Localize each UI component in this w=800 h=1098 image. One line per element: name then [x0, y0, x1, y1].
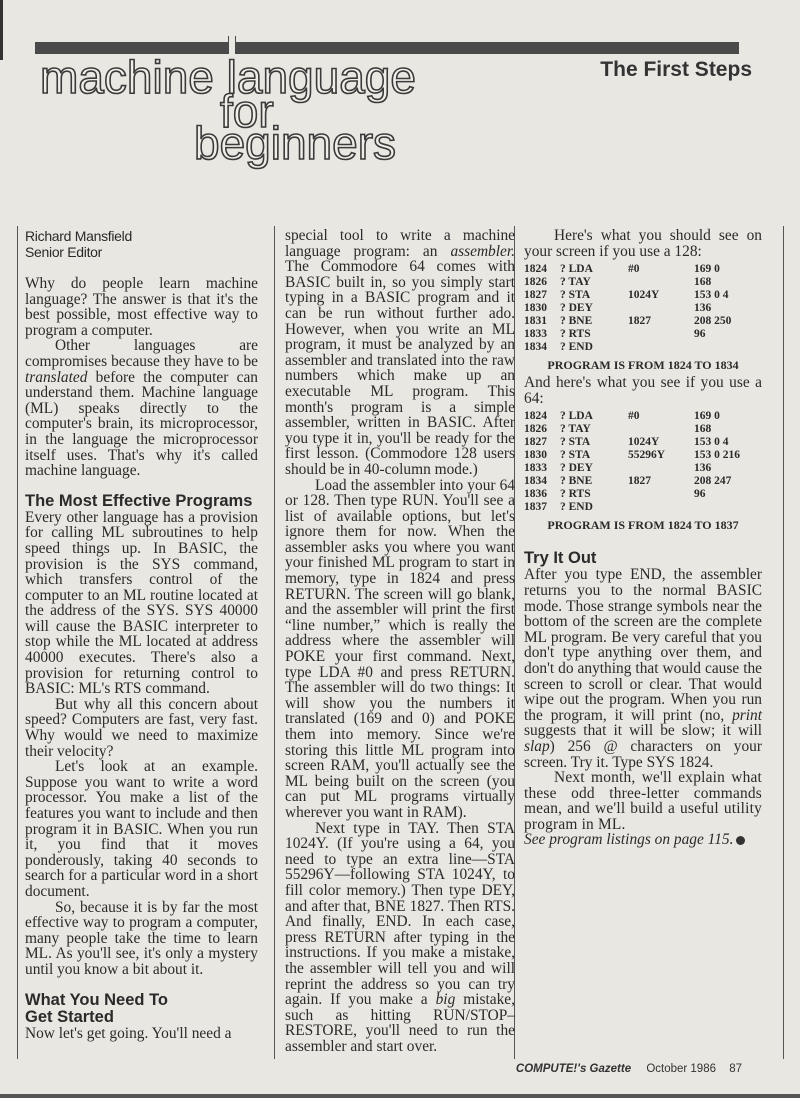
listing-bytes: 136 — [694, 462, 762, 475]
subheading: Try It Out — [524, 550, 762, 567]
listing-row: 1826? TAY168 — [524, 423, 762, 436]
listing-bytes — [694, 501, 762, 514]
paragraph: special tool to write a machine language… — [285, 228, 515, 478]
listing-addr: 1830 — [524, 302, 560, 315]
listing-row: 1836? RTS96 — [524, 488, 762, 501]
article-logo: machine language for beginners — [40, 50, 440, 160]
listing-addr: 1824 — [524, 263, 560, 276]
listing-addr: 1830 — [524, 449, 560, 462]
listing-row: 1833? DEY136 — [524, 462, 762, 475]
listing-arg: 1827 — [628, 315, 694, 328]
paragraph: So, because it is by far the most effect… — [25, 900, 258, 978]
listing-op: ? TAY — [560, 423, 628, 436]
column-rule — [17, 226, 18, 1059]
listing-row: 1827? STA1024Y153 0 4 — [524, 289, 762, 302]
listing-op: ? STA — [560, 436, 628, 449]
paragraph: Load the assembler into your 64 or 128. … — [285, 478, 515, 821]
listing-arg — [628, 501, 694, 514]
listing-row: 1826? TAY168 — [524, 276, 762, 289]
listing-arg: #0 — [628, 410, 694, 423]
paragraph: Why do people learn machine language? Th… — [25, 276, 258, 338]
listing-addr: 1827 — [524, 289, 560, 302]
listing-row: 1834? END — [524, 341, 762, 354]
listing-row: 1827? STA1024Y153 0 4 — [524, 436, 762, 449]
listing-row: 1830? DEY136 — [524, 302, 762, 315]
listing-addr: 1826 — [524, 276, 560, 289]
listing-row: 1833? RTS96 — [524, 328, 762, 341]
listing-arg: 1827 — [628, 475, 694, 488]
column-rule — [274, 226, 275, 1059]
paragraph: After you type END, the assembler return… — [524, 567, 762, 770]
subheading: The Most Effective Programs — [25, 493, 258, 510]
listing-bytes: 208 247 — [694, 475, 762, 488]
author-role: Senior Editor — [25, 244, 102, 260]
listing-arg — [628, 328, 694, 341]
listing-summary: PROGRAM IS FROM 1824 TO 1837 — [524, 518, 762, 532]
listing-addr: 1833 — [524, 328, 560, 341]
column-1: Richard Mansfield Senior Editor Why do p… — [25, 228, 258, 1041]
listing-op: ? END — [560, 501, 628, 514]
paragraph: Here's what you should see on your scree… — [524, 228, 762, 259]
listing-bytes: 136 — [694, 302, 762, 315]
section-title: The First Steps — [600, 58, 752, 82]
listing-bytes: 169 0 — [694, 410, 762, 423]
listing-row: 1824? LDA#0169 0 — [524, 263, 762, 276]
paragraph: Other languages are compromises because … — [25, 338, 258, 478]
listing-row: 1834? BNE1827208 247 — [524, 475, 762, 488]
logo-line-3: beginners — [194, 120, 396, 166]
listing-bytes: 169 0 — [694, 263, 762, 276]
column-rule — [783, 226, 784, 1059]
listing-addr: 1827 — [524, 436, 560, 449]
paragraph: Next type in TAY. Then STA 1024Y. (If yo… — [285, 821, 515, 1055]
listing-row: 1831? BNE1827208 250 — [524, 315, 762, 328]
listing-arg — [628, 423, 694, 436]
listing-row: 1837? END — [524, 501, 762, 514]
page-edge — [0, 0, 3, 60]
listing-arg: 1024Y — [628, 289, 694, 302]
program-listing-128: 1824? LDA#0169 01826? TAY1681827? STA102… — [524, 263, 762, 354]
listing-arg: 55296Y — [628, 449, 694, 462]
listing-bytes: 208 250 — [694, 315, 762, 328]
listing-arg — [628, 462, 694, 475]
listing-row: 1824? LDA#0169 0 — [524, 410, 762, 423]
listing-addr: 1836 — [524, 488, 560, 501]
listing-op: ? RTS — [560, 488, 628, 501]
listing-op: ? LDA — [560, 263, 628, 276]
listing-op: ? STA — [560, 449, 628, 462]
paragraph: Now let's get going. You'll need a — [25, 1026, 258, 1042]
listing-op: ? DEY — [560, 302, 628, 315]
listing-bytes: 96 — [694, 328, 762, 341]
column-3: Here's what you should see on your scree… — [524, 228, 762, 848]
page-number: 87 — [729, 1063, 742, 1075]
magazine-name: COMPUTE!'s Gazette — [516, 1063, 631, 1075]
paragraph: Every other language has a provision for… — [25, 510, 258, 697]
listing-op: ? BNE — [560, 315, 628, 328]
listing-addr: 1824 — [524, 410, 560, 423]
page-edge — [0, 1094, 800, 1098]
listing-arg: 1024Y — [628, 436, 694, 449]
author-name: Richard Mansfield — [25, 228, 132, 244]
see-listings-note: See program listings on page 115. — [524, 832, 762, 848]
listing-arg: #0 — [628, 263, 694, 276]
listing-bytes: 153 0 4 — [694, 436, 762, 449]
listing-arg — [628, 276, 694, 289]
listing-op: ? TAY — [560, 276, 628, 289]
listing-summary: PROGRAM IS FROM 1824 TO 1834 — [524, 358, 762, 372]
listing-addr: 1834 — [524, 475, 560, 488]
paragraph: Let's look at an example. Suppose you wa… — [25, 759, 258, 899]
paragraph: But why all this concern about speed? Co… — [25, 697, 258, 759]
listing-row: 1830? STA55296Y153 0 216 — [524, 449, 762, 462]
listing-bytes: 153 0 4 — [694, 289, 762, 302]
listing-op: ? END — [560, 341, 628, 354]
listing-addr: 1833 — [524, 462, 560, 475]
listing-op: ? LDA — [560, 410, 628, 423]
listing-arg — [628, 488, 694, 501]
listing-addr: 1834 — [524, 341, 560, 354]
listing-addr: 1831 — [524, 315, 560, 328]
byline: Richard Mansfield Senior Editor — [25, 228, 258, 260]
paragraph: And here's what you see if you use a 64: — [524, 375, 762, 406]
column-2: special tool to write a machine language… — [285, 228, 515, 1054]
listing-addr: 1826 — [524, 423, 560, 436]
listing-bytes: 168 — [694, 423, 762, 436]
program-listing-64: 1824? LDA#0169 01826? TAY1681827? STA102… — [524, 410, 762, 514]
paragraph: Next month, we'll explain what these odd… — [524, 770, 762, 832]
listing-op: ? RTS — [560, 328, 628, 341]
issue-date: October 1986 — [646, 1063, 716, 1075]
subheading: What You Need To Get Started — [25, 992, 185, 1026]
listing-bytes — [694, 341, 762, 354]
end-of-article-icon — [736, 836, 745, 845]
page-footer: COMPUTE!'s Gazette October 1986 87 — [516, 1063, 742, 1075]
listing-addr: 1837 — [524, 501, 560, 514]
listing-arg — [628, 341, 694, 354]
listing-bytes: 153 0 216 — [694, 449, 762, 462]
listing-op: ? STA — [560, 289, 628, 302]
listing-op: ? BNE — [560, 475, 628, 488]
listing-bytes: 168 — [694, 276, 762, 289]
listing-arg — [628, 302, 694, 315]
listing-bytes: 96 — [694, 488, 762, 501]
listing-op: ? DEY — [560, 462, 628, 475]
